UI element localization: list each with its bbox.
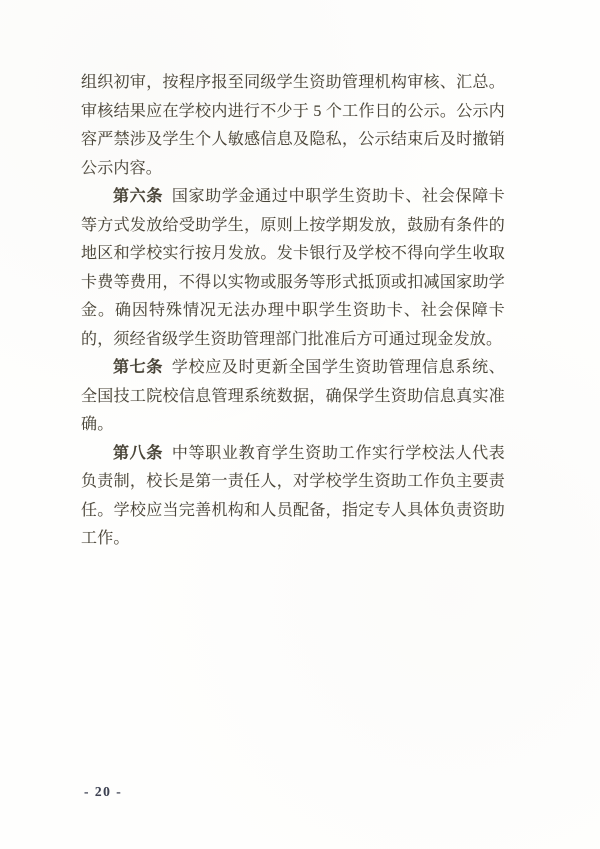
body-paragraph: 第六条国家助学金通过中职学生资助卡、社会保障卡等方式发放给受助学生，原则上按学期… [81, 183, 505, 354]
article-number: 第八条 [113, 445, 163, 462]
document-body: 组织初审，按程序报至同级学生资助管理机构审核、汇总。审核结果应在学校内进行不少于… [81, 69, 505, 554]
body-paragraph: 第八条中等职业教育学生资助工作实行学校法人代表负责制，校长是第一责任人，对学校学… [81, 440, 505, 554]
article-number: 第六条 [113, 188, 163, 205]
paragraph-text: 国家助学金通过中职学生资助卡、社会保障卡等方式发放给受助学生，原则上按学期发放，… [81, 188, 505, 348]
scanned-document-page: 组织初审，按程序报至同级学生资助管理机构审核、汇总。审核结果应在学校内进行不少于… [0, 0, 600, 849]
paragraph-text: 组织初审，按程序报至同级学生资助管理机构审核、汇总。审核结果应在学校内进行不少于… [81, 74, 505, 177]
body-paragraph: 第七条学校应及时更新全国学生资助管理信息系统、全国技工院校信息管理系统数据，确保… [81, 354, 505, 440]
page-number: - 20 - [84, 784, 122, 800]
body-paragraph: 组织初审，按程序报至同级学生资助管理机构审核、汇总。审核结果应在学校内进行不少于… [81, 69, 505, 183]
article-number: 第七条 [113, 359, 163, 376]
